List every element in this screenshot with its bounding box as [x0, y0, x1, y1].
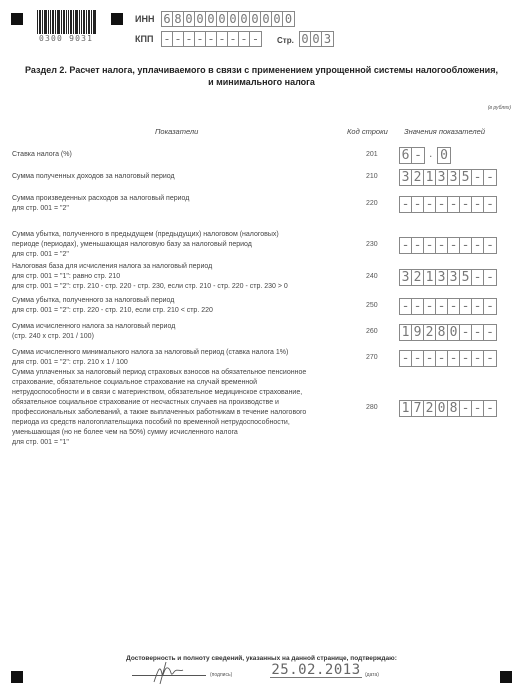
- row-code-270: 270: [366, 354, 378, 361]
- digit-cell: 0: [448, 325, 460, 340]
- digit-cell: 0: [195, 12, 206, 26]
- digit-cell: 3: [436, 170, 448, 185]
- row-code-240: 240: [366, 273, 378, 280]
- tax-rate-integer-field[interactable]: 6-: [399, 147, 425, 164]
- digit-cell: -: [472, 299, 484, 314]
- digit-cell: -: [217, 32, 228, 46]
- barcode-bar: [50, 10, 51, 34]
- digit-cell: -: [436, 299, 448, 314]
- digit-cell: -: [206, 32, 217, 46]
- row-label-230: Сумма убытка, полученного в предыдущем (…: [12, 230, 352, 260]
- digit-cell: 2: [424, 325, 436, 340]
- digit-cell: -: [472, 401, 484, 416]
- value-field-230[interactable]: --------: [399, 237, 497, 254]
- digit-cell: -: [412, 197, 424, 212]
- row-label-line: профессиональных заболеваний, а также вы…: [12, 408, 352, 418]
- row-label-line: Сумма уплаченных за налоговый период стр…: [12, 368, 352, 378]
- section-title-line1: Раздел 2. Расчет налога, уплачиваемого в…: [0, 64, 523, 76]
- barcode-bar: [42, 10, 43, 34]
- barcode-bar: [63, 10, 65, 34]
- digit-cell: 3: [436, 270, 448, 285]
- value-field-220[interactable]: --------: [399, 196, 497, 213]
- alignment-marker-top-mid: [111, 13, 123, 25]
- digit-cell: -: [484, 401, 496, 416]
- barcode-bar: [83, 10, 85, 34]
- page-label: Стр.: [277, 36, 294, 45]
- digit-cell: 3: [448, 170, 460, 185]
- row-label-240: Налоговая база для исчисления налога за …: [12, 262, 352, 292]
- value-field-250[interactable]: --------: [399, 298, 497, 315]
- row-code-250: 250: [366, 302, 378, 309]
- row-label-line: Ставка налога (%): [12, 150, 352, 160]
- digit-cell: -: [484, 170, 496, 185]
- digit-cell: 2: [412, 270, 424, 285]
- barcode-bar: [73, 10, 74, 34]
- digit-cell: 1: [400, 401, 412, 416]
- digit-cell: -: [460, 299, 472, 314]
- digit-cell: -: [195, 32, 206, 46]
- row-label-line: страхование, обязательное социальное стр…: [12, 378, 352, 388]
- row-label-210: Сумма полученных доходов за налоговый пе…: [12, 172, 352, 182]
- row-label-line: Сумма убытка, полученного за налоговый п…: [12, 296, 352, 306]
- barcode-bar: [91, 10, 92, 34]
- row-code-201: 201: [366, 151, 378, 158]
- barcode-bar: [44, 10, 47, 34]
- confirmation-text: Достоверность и полноту сведений, указан…: [0, 655, 523, 662]
- digit-cell: 1: [424, 170, 436, 185]
- barcode-number: 0300 9031: [39, 34, 93, 43]
- digit-cell: 2: [424, 401, 436, 416]
- digit-cell: 1: [424, 270, 436, 285]
- digit-cell: 0: [438, 148, 450, 163]
- value-field-280[interactable]: 17208---: [399, 400, 497, 417]
- digit-cell: 5: [460, 270, 472, 285]
- alignment-marker-bottom-right: [500, 671, 512, 683]
- digit-cell: 3: [448, 270, 460, 285]
- digit-cell: -: [484, 351, 496, 366]
- digit-cell: -: [400, 299, 412, 314]
- digit-cell: -: [162, 32, 173, 46]
- barcode-bar: [66, 10, 67, 34]
- barcode-bar: [61, 10, 62, 34]
- digit-cell: 0: [250, 12, 261, 26]
- row-label-line: для стр. 001 = "2": стр. 220 - стр. 210,…: [12, 306, 352, 316]
- digit-cell: 0: [311, 32, 322, 46]
- digit-cell: -: [484, 197, 496, 212]
- barcode-bar: [86, 10, 87, 34]
- digit-cell: 0: [436, 401, 448, 416]
- digit-cell: -: [472, 170, 484, 185]
- inn-field[interactable]: 680000000000: [161, 11, 295, 27]
- row-label-line: для стр. 001 = "2": [12, 204, 352, 214]
- digit-cell: -: [436, 238, 448, 253]
- value-field-240[interactable]: 321335--: [399, 269, 497, 286]
- alignment-marker-bottom-left: [11, 671, 23, 683]
- unit-note: (в рублях): [488, 105, 511, 111]
- kpp-field[interactable]: ---------: [161, 31, 262, 47]
- digit-cell: 0: [300, 32, 311, 46]
- column-header-code: Код строки: [347, 127, 388, 136]
- row-code-280: 280: [366, 404, 378, 411]
- barcode-bar: [70, 10, 72, 34]
- row-label-line: для стр. 001 = "1": [12, 438, 352, 448]
- barcode-bar: [88, 10, 90, 34]
- column-header-values: Значения показателей: [404, 127, 485, 136]
- barcode-bar: [52, 10, 54, 34]
- digit-cell: -: [173, 32, 184, 46]
- digit-cell: 5: [460, 170, 472, 185]
- barcode-bar: [68, 10, 69, 34]
- digit-cell: 6: [400, 148, 412, 163]
- digit-cell: -: [472, 325, 484, 340]
- section-title-line2: и минимального налога: [0, 76, 523, 88]
- row-label-line: для стр. 001 = "1": равно стр. 210: [12, 272, 352, 282]
- digit-cell: -: [472, 351, 484, 366]
- digit-cell: 0: [228, 12, 239, 26]
- decimal-separator: .: [429, 146, 432, 160]
- digit-cell: -: [228, 32, 239, 46]
- digit-cell: 1: [400, 325, 412, 340]
- digit-cell: 3: [322, 32, 333, 46]
- barcode-bar: [37, 10, 38, 34]
- row-label-260: Сумма исчисленного налога за налоговый п…: [12, 322, 352, 342]
- digit-cell: -: [412, 148, 424, 163]
- row-label-270: Сумма исчисленного минимального налога з…: [12, 348, 352, 368]
- digit-cell: -: [484, 299, 496, 314]
- barcode-bar: [39, 10, 41, 34]
- barcode: 0300 9031: [37, 10, 97, 44]
- row-code-220: 220: [366, 200, 378, 207]
- signature-icon: [150, 660, 190, 686]
- digit-cell: -: [460, 197, 472, 212]
- row-label-line: периоде (периодах), уменьшающая налогову…: [12, 240, 352, 250]
- digit-cell: -: [460, 401, 472, 416]
- digit-cell: 8: [436, 325, 448, 340]
- digit-cell: -: [424, 299, 436, 314]
- kpp-label: КПП: [135, 34, 153, 44]
- row-label-250: Сумма убытка, полученного за налоговый п…: [12, 296, 352, 316]
- barcode-bar: [81, 10, 82, 34]
- inn-label: ИНН: [135, 14, 154, 24]
- digit-cell: -: [484, 270, 496, 285]
- row-label-line: (стр. 240 x стр. 201 / 100): [12, 332, 352, 342]
- digit-cell: -: [239, 32, 250, 46]
- digit-cell: -: [424, 197, 436, 212]
- digit-cell: 0: [272, 12, 283, 26]
- digit-cell: 7: [412, 401, 424, 416]
- row-label-280: Сумма уплаченных за налоговый период стр…: [12, 368, 352, 448]
- digit-cell: 9: [412, 325, 424, 340]
- digit-cell: 3: [400, 270, 412, 285]
- digit-cell: 8: [173, 12, 184, 26]
- digit-cell: -: [400, 351, 412, 366]
- digit-cell: -: [424, 238, 436, 253]
- page-number-field[interactable]: 003: [299, 31, 334, 47]
- digit-cell: -: [448, 351, 460, 366]
- digit-cell: -: [250, 32, 261, 46]
- row-label-line: для стр. 001 = "2": [12, 250, 352, 260]
- date-caption: (дата): [365, 672, 379, 678]
- digit-cell: -: [484, 325, 496, 340]
- digit-cell: -: [460, 351, 472, 366]
- date-field[interactable]: 25.02.2013: [270, 663, 362, 678]
- row-label-line: Сумма убытка, полученного в предыдущем (…: [12, 230, 352, 240]
- digit-cell: -: [460, 238, 472, 253]
- tax-rate-fraction-field[interactable]: 0: [437, 147, 451, 164]
- digit-cell: 6: [162, 12, 173, 26]
- digit-cell: -: [412, 299, 424, 314]
- row-label-line: Сумма исчисленного налога за налоговый п…: [12, 322, 352, 332]
- digit-cell: -: [412, 238, 424, 253]
- digit-cell: 0: [217, 12, 228, 26]
- barcode-bar: [93, 10, 96, 34]
- digit-cell: 8: [448, 401, 460, 416]
- row-code-210: 210: [366, 173, 378, 180]
- row-label-line: периода из средств налогоплательщика пос…: [12, 418, 352, 428]
- row-label-line: для стр. 001 = "2": стр. 210 - стр. 220 …: [12, 282, 352, 292]
- digit-cell: 2: [412, 170, 424, 185]
- digit-cell: 0: [261, 12, 272, 26]
- barcode-bar: [55, 10, 56, 34]
- digit-cell: -: [472, 197, 484, 212]
- digit-cell: -: [436, 197, 448, 212]
- digit-cell: -: [472, 238, 484, 253]
- section-title: Раздел 2. Расчет налога, уплачиваемого в…: [0, 64, 523, 88]
- digit-cell: 0: [283, 12, 294, 26]
- digit-cell: -: [424, 351, 436, 366]
- digit-cell: 0: [184, 12, 195, 26]
- digit-cell: -: [448, 299, 460, 314]
- row-label-line: обязательное социальное страхование от н…: [12, 398, 352, 408]
- digit-cell: -: [436, 351, 448, 366]
- row-label-line: Сумма произведенных расходов за налоговы…: [12, 194, 352, 204]
- barcode-bar: [79, 10, 80, 34]
- digit-cell: -: [400, 197, 412, 212]
- row-label-line: Сумма полученных доходов за налоговый пе…: [12, 172, 352, 182]
- value-field-210[interactable]: 321335--: [399, 169, 497, 186]
- value-field-260[interactable]: 19280---: [399, 324, 497, 341]
- row-label-line: нетрудоспособности и в связи с материнст…: [12, 388, 352, 398]
- barcode-bar: [57, 10, 60, 34]
- row-label-line: для стр. 001 = "2": стр. 210 x 1 / 100: [12, 358, 352, 368]
- digit-cell: -: [400, 238, 412, 253]
- row-label-line: уменьшающая (но не более чем на 50%) сум…: [12, 428, 352, 438]
- digit-cell: 0: [206, 12, 217, 26]
- digit-cell: -: [448, 197, 460, 212]
- digit-cell: -: [484, 238, 496, 253]
- barcode-bar: [48, 10, 49, 34]
- digit-cell: -: [184, 32, 195, 46]
- barcode-bar: [75, 10, 78, 34]
- row-label-201: Ставка налога (%): [12, 150, 352, 160]
- signature-caption: (подпись): [210, 672, 232, 678]
- digit-cell: -: [412, 351, 424, 366]
- digit-cell: -: [448, 238, 460, 253]
- value-field-270[interactable]: --------: [399, 350, 497, 367]
- row-label-line: Налоговая база для исчисления налога за …: [12, 262, 352, 272]
- digit-cell: -: [472, 270, 484, 285]
- digit-cell: 0: [239, 12, 250, 26]
- row-code-230: 230: [366, 241, 378, 248]
- column-header-indicators: Показатели: [155, 127, 198, 136]
- barcode-bars: [37, 10, 97, 34]
- row-label-line: Сумма исчисленного минимального налога з…: [12, 348, 352, 358]
- row-code-260: 260: [366, 328, 378, 335]
- digit-cell: -: [460, 325, 472, 340]
- digit-cell: 3: [400, 170, 412, 185]
- row-label-220: Сумма произведенных расходов за налоговы…: [12, 194, 352, 214]
- alignment-marker-top-left: [11, 13, 23, 25]
